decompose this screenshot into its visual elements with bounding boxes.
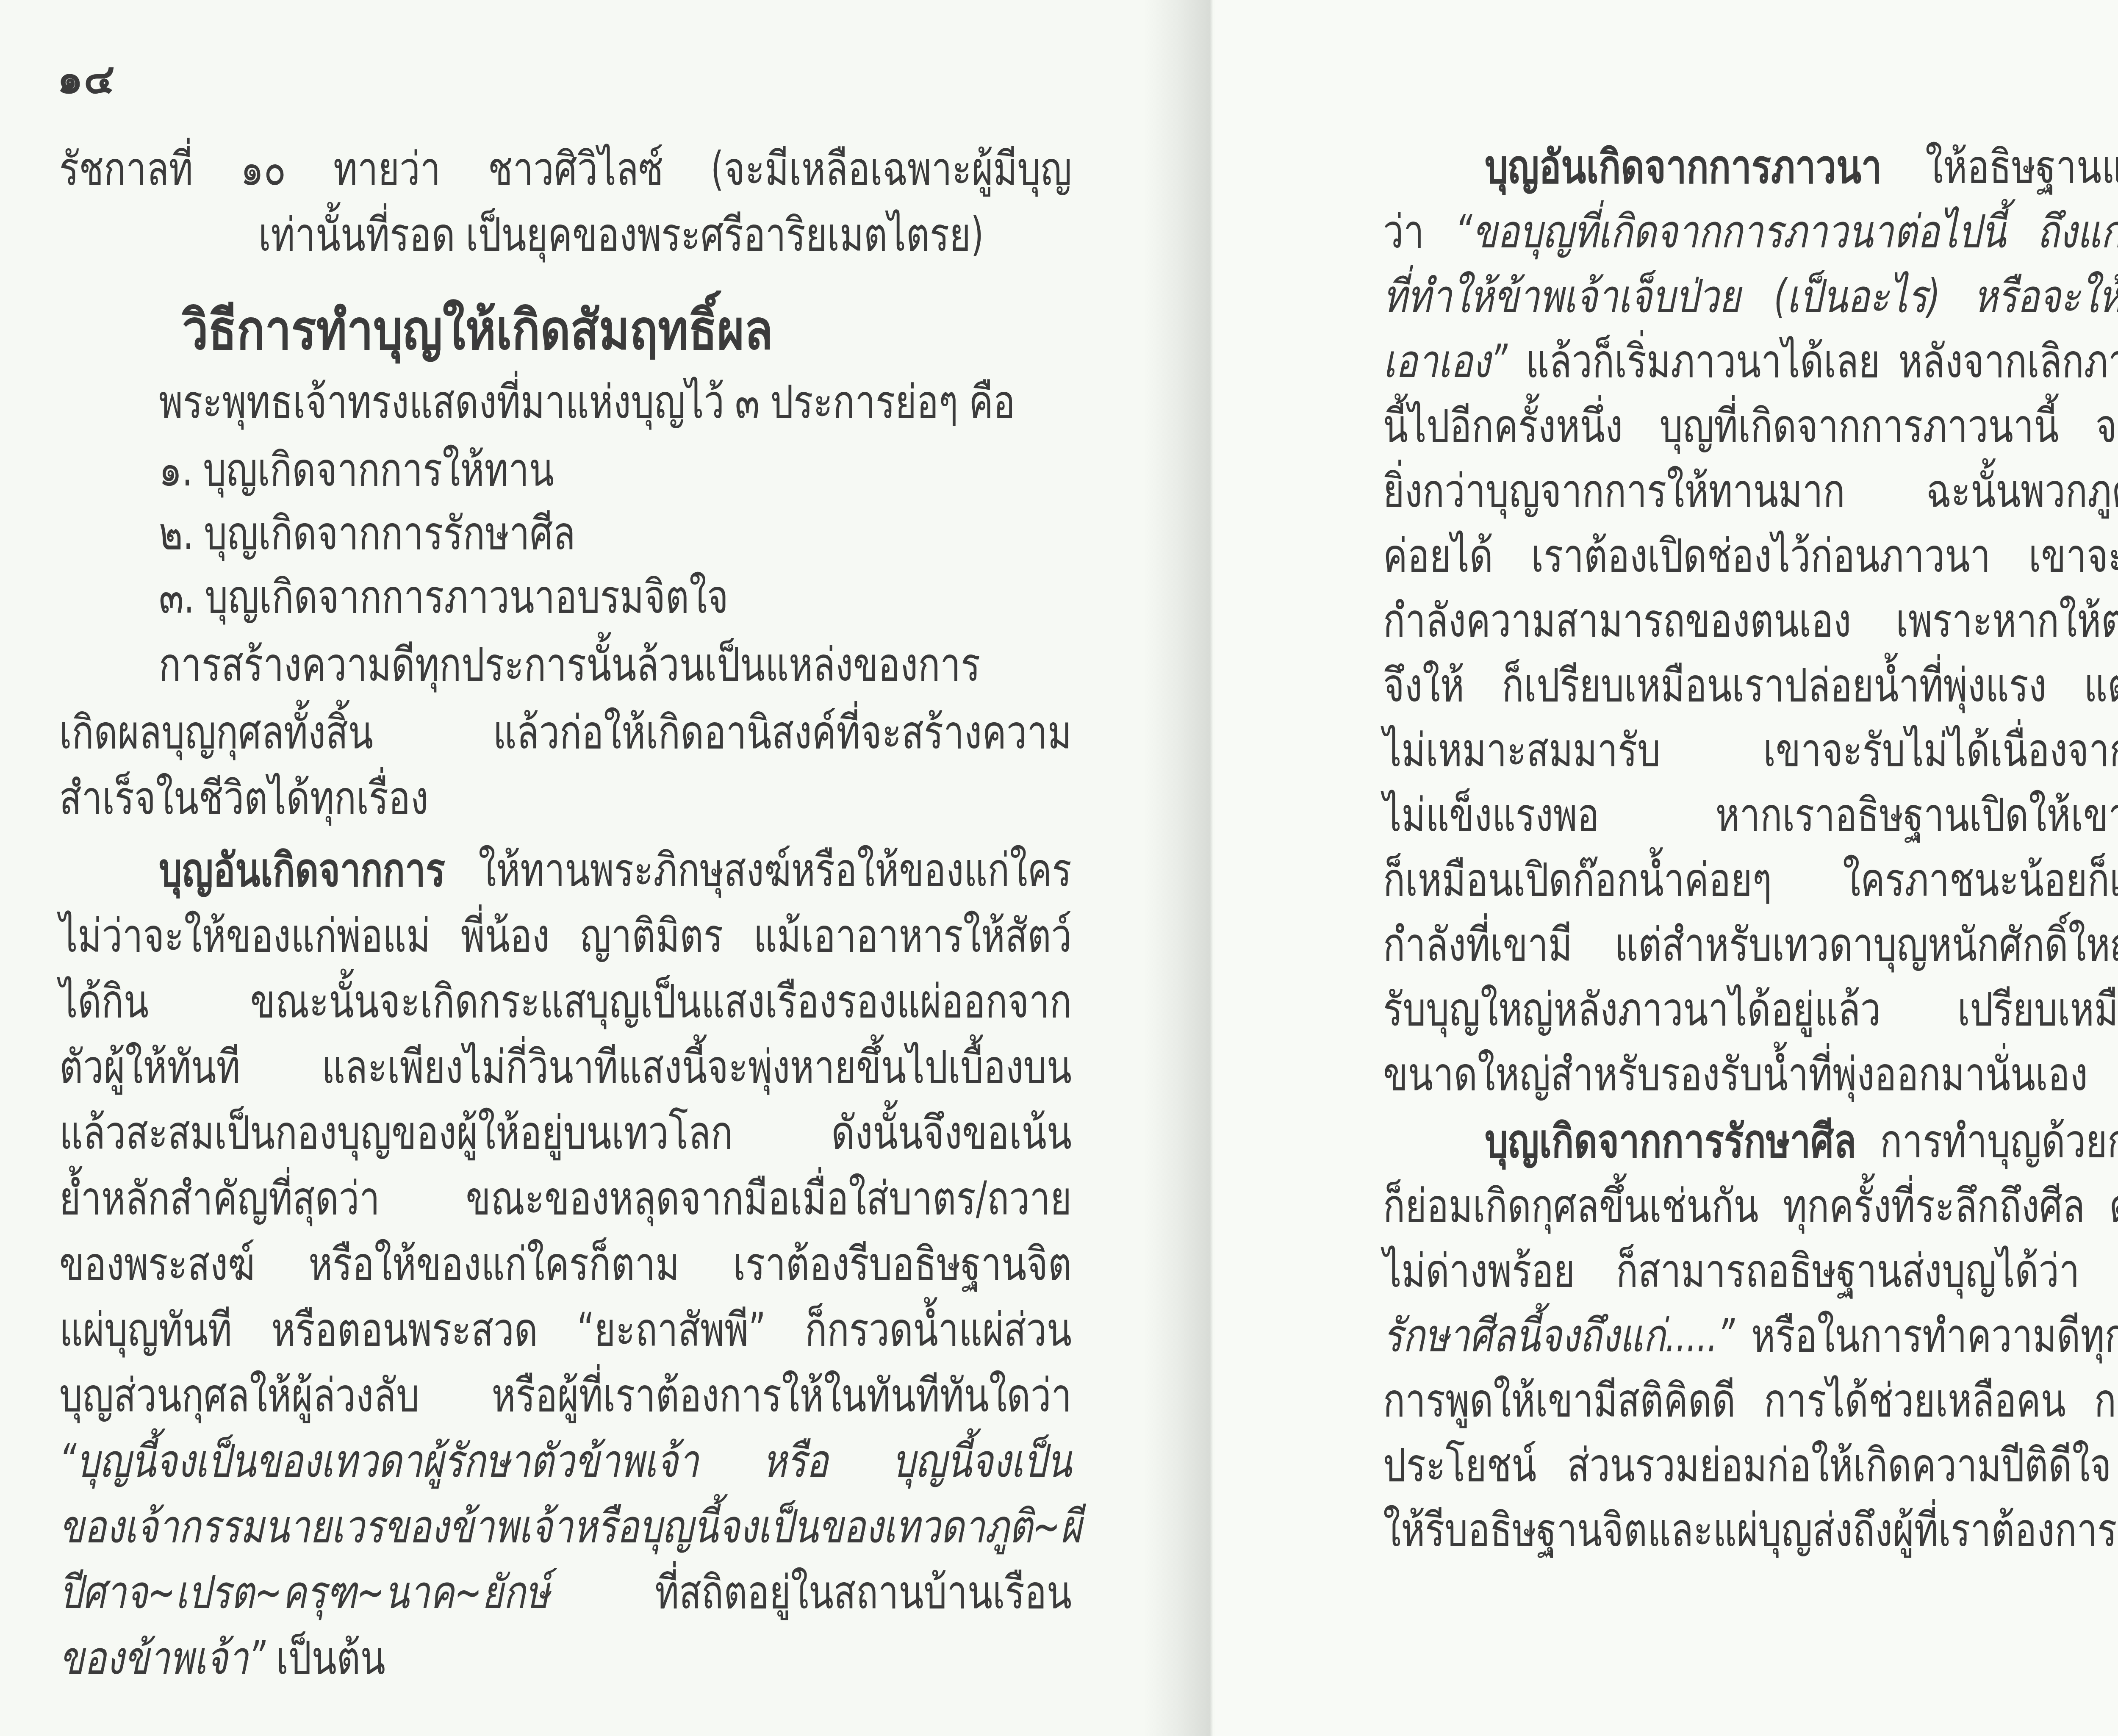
text-line: ไม่ว่าจะให้ของแก่พ่อแม่ พี่น้อง ญาติมิตร… [59,909,1072,964]
text-line: ย้ำหลักสำคัญที่สุดว่า ขณะของหลุดจากมือเม… [59,1171,1072,1226]
list-item: ๓. บุญเกิดจากการภาวนาอบรมจิตใจ [159,570,1171,625]
text-line: ว่า “ขอบุญที่เกิดจากการภาวนาต่อไปนี้ ถึง… [1383,205,2118,260]
text-line: การพูดให้เขามีสติคิดดี การได้ช่วยเหลือคน… [1383,1373,2118,1428]
text-line: บุญอันเกิดจากการภาวนา ให้อธิษฐานแผ่เมตตา… [1485,140,2118,195]
text-line: เท่านั้นที่รอด เป็นยุคของพระศรีอาริยเมตไ… [258,208,1271,263]
text-line: ยิ่งกว่าบุญจากการให้ทานมาก ฉะนั้นพวกภูตผ… [1383,464,2118,519]
text-line: ไม่ด่างพร้อย ก็สามารถอธิษฐานส่งบุญได้ว่า… [1383,1244,2118,1299]
text-line: กำลังที่เขามี แต่สำหรับเทวดาบุญหนักศักดิ… [1383,918,2118,973]
text-line: “บุญนี้จงเป็นของเทวดาผู้รักษาตัวข้าพเจ้า… [59,1434,1072,1489]
text-line: ก็เหมือนเปิดก๊อกน้ำค่อยๆ ใครภาชนะน้อยก็เ… [1383,853,2118,908]
text-line: บุญเกิดจากการรักษาศีล การทำบุญด้วยการตั้… [1485,1114,2118,1169]
text-line: แล้วสะสมเป็นกองบุญของผู้ให้อยู่บนเทวโลก … [59,1106,1072,1161]
text-line: ก็ย่อมเกิดกุศลขึ้นเช่นกัน ทุกครั้งที่ระล… [1383,1179,2118,1234]
text-line: ตัวผู้ให้ทันที และเพียงไม่กี่วินาทีแสงนี… [59,1040,1072,1095]
list-item: ๒. บุญเกิดจากการรักษาศีล [159,506,1171,561]
text-line: นี้ไปอีกครั้งหนึ่ง บุญที่เกิดจากการภาวนา… [1383,399,2118,454]
text-line: เกิดผลบุญกุศลทั้งสิ้น แล้วก่อให้เกิดอานิ… [59,705,1072,760]
text-line: เอาเอง” แล้วก็เริ่มภาวนาได้เลย หลังจากเล… [1383,334,2118,389]
text-line: ปีศาจ~เปรต~ครุฑ~นาค~ยักษ์ ที่สถิตอยู่ในส… [59,1565,1072,1620]
text-line: พระพุทธเจ้าทรงแสดงที่มาแห่งบุญไว้ ๓ ประก… [159,375,1171,430]
page-number: ๑๔ [57,47,116,111]
text-line: บุญส่วนกุศลให้ผู้ล่วงลับ หรือผู้ที่เราต้… [59,1368,1072,1423]
text-line: ให้รีบอธิษฐานจิตและแผ่บุญส่งถึงผู้ที่เรา… [1383,1503,2118,1558]
text-line: ไม่เหมาะสมมารับ เขาจะรับไม่ได้เนื่องจากก… [1383,723,2118,778]
text-line: กำลังความสามารถของตนเอง เพราะหากให้ตอนที… [1383,593,2118,649]
list-item: ๑. บุญเกิดจากการให้ทาน [159,443,1171,498]
text-line: ค่อยได้ เราต้องเปิดช่องไว้ก่อนภาวนา เขาจ… [1383,529,2118,584]
text-line: รับบุญใหญ่หลังภาวนาได้อยู่แล้ว เปรียบเหม… [1383,982,2118,1037]
text-line: จึงให้ ก็เปรียบเหมือนเราปล่อยน้ำที่พุ่งแ… [1383,658,2118,713]
text-line: ขนาดใหญ่สำหรับรองรับน้ำที่พุ่งออกมานั่นเ… [1383,1047,2118,1102]
text-line: ประโยชน์ ส่วนรวมย่อมก่อให้เกิดความปีติดี… [1383,1438,2118,1493]
text-line: การสร้างความดีทุกประการนั้นล้วนเป็นแหล่ง… [159,638,1072,693]
text-line: บุญอันเกิดจากการ ให้ทานพระภิกษุสงฆ์หรือใ… [159,843,1072,898]
text-line: แผ่บุญทันที หรือตอนพระสวด “ยะถาสัพพี” ก็… [59,1303,1072,1358]
text-line: สำเร็จในชีวิตได้ทุกเรื่อง [59,771,1072,826]
text-line: ของเจ้ากรรมนายเวรของข้าพเจ้าหรือบุญนี้จง… [59,1500,1072,1555]
text-line: ของพระสงฆ์ หรือให้ของแก่ใครก็ตาม เราต้อง… [59,1237,1072,1292]
text-line: ของข้าพเจ้า” เป็นต้น [59,1631,1072,1686]
text-line: ได้กิน ขณะนั้นจะเกิดกระแสบุญเป็นแสงเรือง… [59,974,1072,1029]
text-line: รักษาศีลนี้จงถึงแก่.....” หรือในการทำควา… [1383,1309,2118,1364]
right-page: ๑๕ บุญอันเกิดจากการภาวนา ให้อธิษฐานแผ่เม… [1215,0,2118,1736]
text-line: รัชกาลที่ ๑๐ ทายว่า ชาวศิวิไลซ์ (จะมีเหล… [59,142,1072,197]
left-page: ๑๔ รัชกาลที่ ๑๐ ทายว่า ชาวศิวิไลซ์ (จะมี… [0,0,1215,1736]
section-heading: วิธีการทำบุญให้เกิดสัมฤทธิ์ผล [182,303,1192,358]
text-line: ไม่แข็งแรงพอ หากเราอธิษฐานเปิดให้เขาเตรี… [1383,788,2118,843]
text-line: ที่ทำให้ข้าพเจ้าเจ็บป่วย (เป็นอะไร) หรือ… [1383,269,2118,324]
